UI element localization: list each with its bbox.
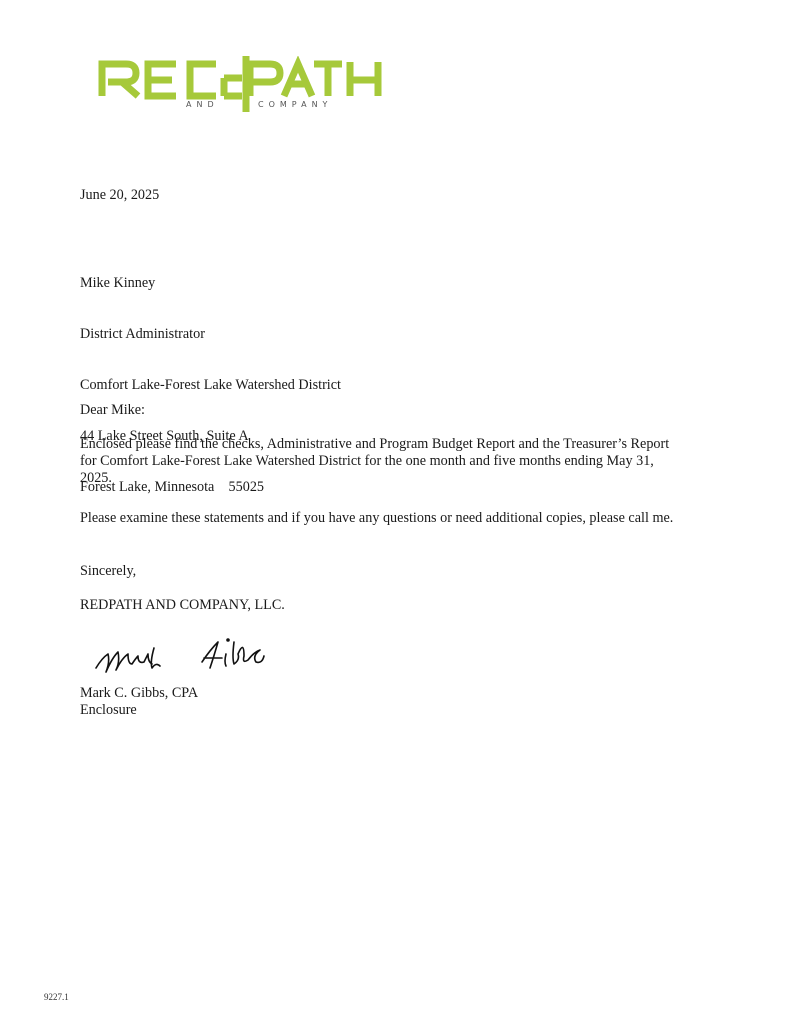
recipient-title: District Administrator xyxy=(80,326,341,343)
body-paragraph-1: Enclosed please find the checks, Adminis… xyxy=(80,436,680,487)
company-name: REDPATH AND COMPANY, LLC. xyxy=(80,597,285,614)
document-code: 9227.1 xyxy=(44,992,69,1002)
body-paragraph-2: Please examine these statements and if y… xyxy=(80,510,680,527)
enclosure-note: Enclosure xyxy=(80,702,137,719)
brand-subtitle-left: AND xyxy=(186,100,219,109)
redpath-logo: AND COMPANY xyxy=(98,56,398,116)
closing: Sincerely, xyxy=(80,563,136,580)
redpath-logo-mark xyxy=(98,56,398,116)
salutation: Dear Mike: xyxy=(80,402,145,419)
recipient-organization: Comfort Lake-Forest Lake Watershed Distr… xyxy=(80,377,341,394)
letter-date: June 20, 2025 xyxy=(80,187,159,204)
brand-subtitle-right: COMPANY xyxy=(258,100,332,109)
handwritten-signature xyxy=(92,632,292,680)
signature-icon xyxy=(92,632,292,680)
signer-name: Mark C. Gibbs, CPA xyxy=(80,685,198,702)
recipient-name: Mike Kinney xyxy=(80,275,341,292)
